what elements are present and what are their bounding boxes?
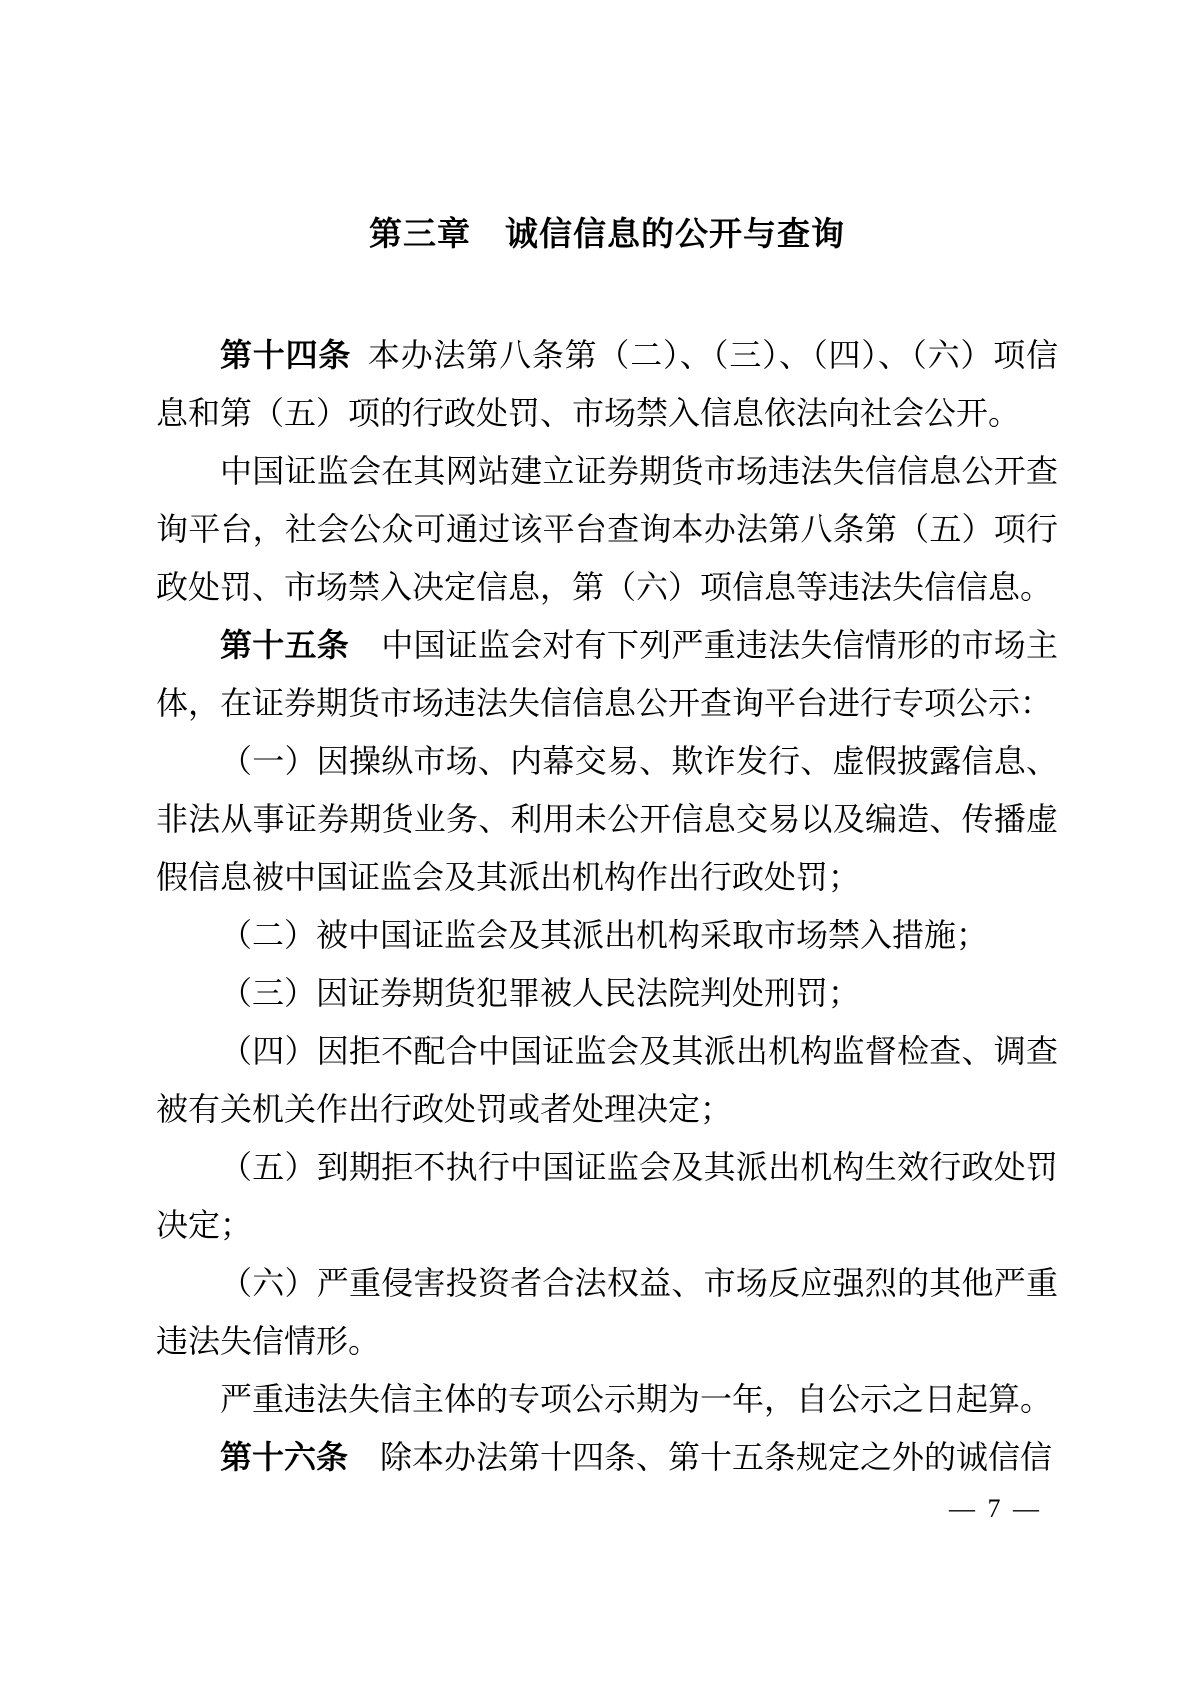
- paragraph-text: （六）严重侵害投资者合法权益、市场反应强烈的其他严重违法失信情形。: [156, 1265, 1058, 1359]
- paragraph-item-4: （四）因拒不配合中国证监会及其派出机构监督检查、调查被有关机关作出行政处罚或者处…: [156, 1022, 1058, 1138]
- paragraph-item-6: （六）严重侵害投资者合法权益、市场反应强烈的其他严重违法失信情形。: [156, 1254, 1058, 1370]
- paragraph: 中国证监会在其网站建立证券期货市场违法失信信息公开查询平台，社会公众可通过该平台…: [156, 442, 1058, 616]
- paragraph-text: （三）因证券期货犯罪被人民法院判处刑罚；: [220, 975, 860, 1011]
- paragraph-article-15: 第十五条 中国证监会对有下列严重违法失信情形的市场主体，在证券期货市场违法失信信…: [156, 616, 1058, 732]
- paragraph-item-5: （五）到期拒不执行中国证监会及其派出机构生效行政处罚决定；: [156, 1138, 1058, 1254]
- paragraph-article-14: 第十四条 本办法第八条第（二）、（三）、（四）、（六）项信息和第（五）项的行政处…: [156, 326, 1058, 442]
- paragraph: 严重违法失信主体的专项公示期为一年，自公示之日起算。: [156, 1370, 1058, 1428]
- paragraph-text: （四）因拒不配合中国证监会及其派出机构监督检查、调查被有关机关作出行政处罚或者处…: [156, 1033, 1058, 1127]
- paragraph-text: 除本办法第十四条、第十五条规定之外的诚信信: [348, 1439, 1052, 1475]
- paragraph-text: （一）因操纵市场、内幕交易、欺诈发行、虚假披露信息、非法从事证券期货业务、利用未…: [156, 743, 1058, 895]
- paragraph-item-2: （二）被中国证监会及其派出机构采取市场禁入措施；: [156, 906, 1058, 964]
- paragraph-text: （五）到期拒不执行中国证监会及其派出机构生效行政处罚决定；: [156, 1149, 1058, 1243]
- paragraph-text: 严重违法失信主体的专项公示期为一年，自公示之日起算。: [220, 1381, 1052, 1417]
- paragraph-text: （二）被中国证监会及其派出机构采取市场禁入措施；: [220, 917, 988, 953]
- paragraph-text: 中国证监会在其网站建立证券期货市场违法失信信息公开查询平台，社会公众可通过该平台…: [156, 453, 1058, 605]
- chapter-heading: 第三章 诚信信息的公开与查询: [156, 208, 1058, 255]
- document-page: 第三章 诚信信息的公开与查询 第十四条 本办法第八条第（二）、（三）、（四）、（…: [0, 0, 1200, 1697]
- page-number: — 7 —: [949, 1494, 1042, 1524]
- article-number: 第十六条: [220, 1439, 348, 1475]
- paragraph-item-1: （一）因操纵市场、内幕交易、欺诈发行、虚假披露信息、非法从事证券期货业务、利用未…: [156, 732, 1058, 906]
- paragraph-article-16: 第十六条 除本办法第十四条、第十五条规定之外的诚信信: [156, 1428, 1058, 1486]
- article-number: 第十五条: [220, 627, 349, 663]
- body-text: 第十四条 本办法第八条第（二）、（三）、（四）、（六）项信息和第（五）项的行政处…: [156, 326, 1058, 1486]
- article-number: 第十四条: [220, 337, 351, 373]
- paragraph-item-3: （三）因证券期货犯罪被人民法院判处刑罚；: [156, 964, 1058, 1022]
